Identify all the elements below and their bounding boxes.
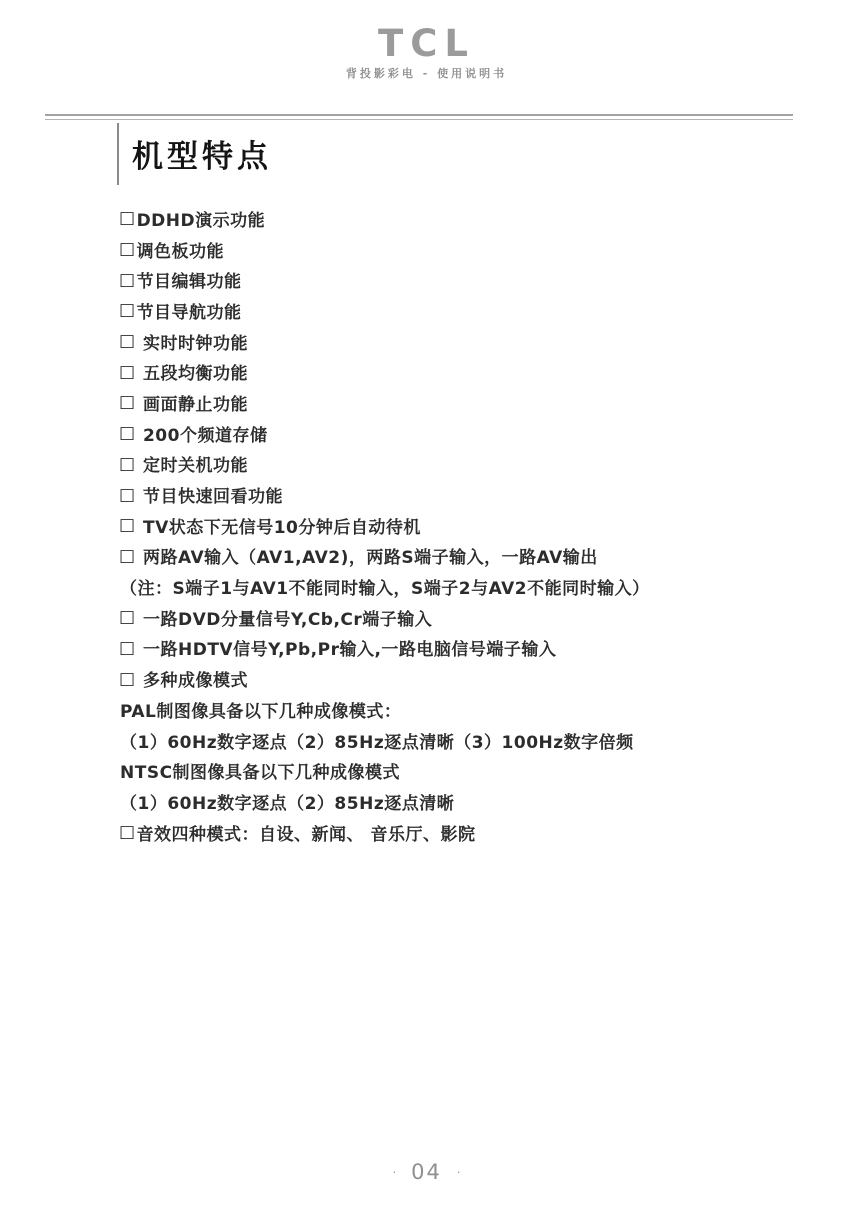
feature-list: □DDHD演示功能 □调色板功能 □节目编辑功能 □节目导航功能 □ 实时时钟功…: [119, 203, 650, 847]
manual-page: TCL 背投影彩电 - 使用说明书 机型特点 □DDHD演示功能 □调色板功能 …: [0, 0, 853, 1232]
feature-text: 五段均衡功能: [137, 359, 248, 384]
feature-text: 200个频道存储: [137, 421, 268, 446]
feature-line: □音效四种模式：自设、新闻、 音乐厅、影院: [119, 817, 650, 848]
feature-line: □ 200个频道存储: [119, 418, 650, 449]
feature-line: （注：S端子1与AV1不能同时输入，S端子2与AV2不能同时输入）: [119, 571, 650, 602]
feature-text: （1）60Hz数字逐点（2）85Hz逐点清晰（3）100Hz数字倍频: [120, 728, 634, 753]
checkbox-icon: □: [119, 454, 136, 474]
checkbox-icon: □: [119, 208, 136, 228]
feature-text: （注：S端子1与AV1不能同时输入，S端子2与AV2不能同时输入）: [120, 574, 650, 599]
feature-line: □节目导航功能: [119, 295, 650, 326]
checkbox-icon: □: [119, 362, 136, 382]
page-title: 机型特点: [132, 131, 272, 176]
feature-line: □ 定时关机功能: [119, 449, 650, 480]
feature-text: 节目快速回看功能: [137, 482, 283, 507]
checkbox-icon: □: [119, 669, 136, 689]
feature-line: □ 画面静止功能: [119, 387, 650, 418]
footer-dot-right: ·: [457, 1166, 461, 1179]
checkbox-icon: □: [119, 331, 136, 351]
checkbox-icon: □: [119, 485, 136, 505]
feature-text: 画面静止功能: [137, 390, 248, 415]
page-footer: · 04 ·: [0, 1160, 853, 1184]
feature-line: NTSC制图像具备以下几种成像模式: [119, 755, 650, 786]
feature-text: PAL制图像具备以下几种成像模式：: [120, 697, 401, 722]
feature-text: DDHD演示功能: [137, 206, 266, 231]
feature-line: （1）60Hz数字逐点（2）85Hz逐点清晰: [119, 786, 650, 817]
feature-text: TV状态下无信号10分钟后自动待机: [137, 513, 421, 538]
divider-line-top: [45, 114, 793, 116]
page-number: 04: [411, 1160, 442, 1184]
feature-text: 调色板功能: [137, 237, 225, 262]
feature-line: □ 一路DVD分量信号Y,Cb,Cr端子输入: [119, 602, 650, 633]
divider-line-bottom: [45, 119, 793, 120]
feature-line: PAL制图像具备以下几种成像模式：: [119, 694, 650, 725]
feature-text: （1）60Hz数字逐点（2）85Hz逐点清晰: [120, 789, 454, 814]
feature-line: □DDHD演示功能: [119, 203, 650, 234]
feature-line: □ 两路AV输入（AV1,AV2)，两路S端子输入，一路AV输出: [119, 541, 650, 572]
feature-text: 多种成像模式: [137, 666, 248, 691]
feature-text: 实时时钟功能: [137, 329, 248, 354]
checkbox-icon: □: [119, 822, 136, 842]
feature-text: 节目导航功能: [137, 298, 242, 323]
header-subtitle: 背投影彩电 - 使用说明书: [0, 65, 853, 81]
checkbox-icon: □: [119, 607, 136, 627]
checkbox-icon: □: [119, 638, 136, 658]
feature-text: 音效四种模式：自设、新闻、 音乐厅、影院: [137, 820, 476, 845]
feature-line: □调色板功能: [119, 234, 650, 265]
feature-line: □ 实时时钟功能: [119, 326, 650, 357]
checkbox-icon: □: [119, 392, 136, 412]
feature-line: □ 一路HDTV信号Y,Pb,Pr输入,一路电脑信号端子输入: [119, 633, 650, 664]
checkbox-icon: □: [119, 515, 136, 535]
feature-text: 两路AV输入（AV1,AV2)，两路S端子输入，一路AV输出: [137, 543, 598, 568]
feature-text: 一路DVD分量信号Y,Cb,Cr端子输入: [137, 605, 433, 630]
footer-dot-left: ·: [393, 1166, 397, 1179]
feature-text: 节目编辑功能: [137, 267, 242, 292]
tcl-logo: TCL: [0, 22, 853, 65]
checkbox-icon: □: [119, 239, 136, 259]
checkbox-icon: □: [119, 300, 136, 320]
feature-text: NTSC制图像具备以下几种成像模式: [120, 758, 400, 783]
feature-line: □ 节目快速回看功能: [119, 479, 650, 510]
title-accent-bar: [117, 123, 119, 185]
checkbox-icon: □: [119, 423, 136, 443]
feature-text: 一路HDTV信号Y,Pb,Pr输入,一路电脑信号端子输入: [137, 635, 557, 660]
checkbox-icon: □: [119, 270, 136, 290]
feature-line: □节目编辑功能: [119, 264, 650, 295]
feature-line: （1）60Hz数字逐点（2）85Hz逐点清晰（3）100Hz数字倍频: [119, 725, 650, 756]
checkbox-icon: □: [119, 546, 136, 566]
feature-line: □ 五段均衡功能: [119, 356, 650, 387]
feature-line: □ TV状态下无信号10分钟后自动待机: [119, 510, 650, 541]
feature-text: 定时关机功能: [137, 451, 248, 476]
feature-line: □ 多种成像模式: [119, 663, 650, 694]
